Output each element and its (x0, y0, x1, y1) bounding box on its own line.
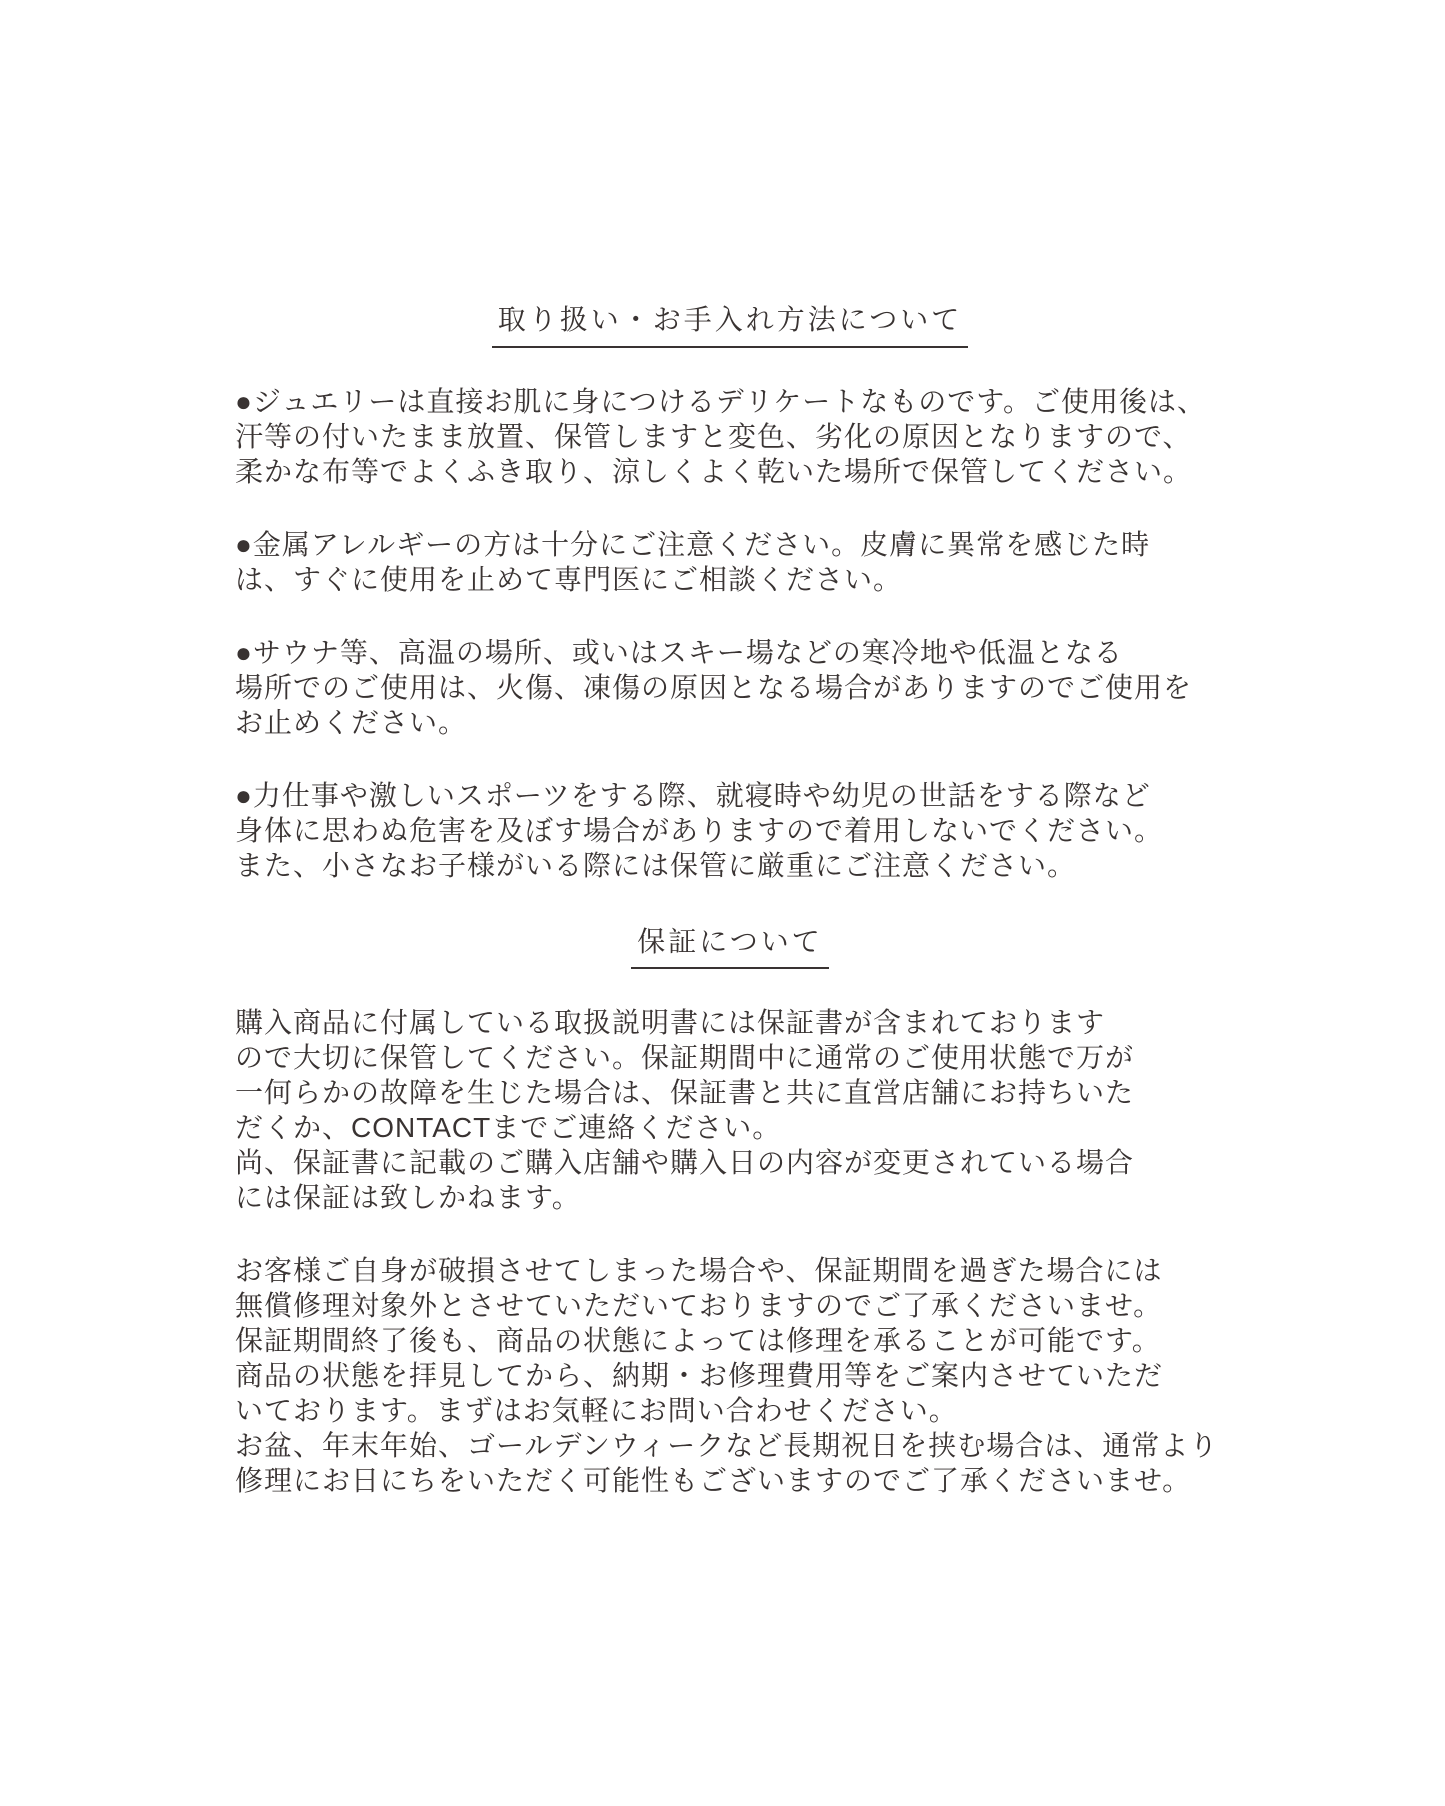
warranty-heading-wrap: 保証について (235, 925, 1225, 970)
care-paragraph-jewelry-delicate: ●ジュエリーは直接お肌に身につけるデリケートなものです。ご使用後は、 汗等の付い… (235, 384, 1225, 489)
care-section-heading: 取り扱い・お手入れ方法について (492, 303, 968, 348)
warranty-paragraph-certificate: 購入商品に付属している取扱説明書には保証書が含まれております ので大切に保管して… (235, 1005, 1225, 1215)
warranty-paragraph-repair-policy: お客様ご自身が破損させてしまった場合や、保証期間を過ぎた場合には 無償修理対象外… (235, 1253, 1225, 1498)
care-paragraph-temperature-warning: ●サウナ等、高温の場所、或いはスキー場などの寒冷地や低温となる 場所でのご使用は… (235, 635, 1225, 740)
document-content: 取り扱い・お手入れ方法について ●ジュエリーは直接お肌に身につけるデリケートなも… (235, 0, 1225, 1498)
care-paragraph-metal-allergy: ●金属アレルギーの方は十分にご注意ください。皮膚に異常を感じた時 は、すぐに使用… (235, 527, 1225, 597)
section-care: 取り扱い・お手入れ方法について ●ジュエリーは直接お肌に身につけるデリケートなも… (235, 303, 1225, 883)
document-page: 取り扱い・お手入れ方法について ●ジュエリーは直接お肌に身につけるデリケートなも… (0, 0, 1445, 1806)
care-paragraph-activity-warning: ●力仕事や激しいスポーツをする際、就寝時や幼児の世話をする際など 身体に思わぬ危… (235, 778, 1225, 883)
care-heading-wrap: 取り扱い・お手入れ方法について (235, 303, 1225, 348)
section-warranty: 保証について 購入商品に付属している取扱説明書には保証書が含まれております ので… (235, 925, 1225, 1499)
warranty-section-heading: 保証について (631, 925, 828, 970)
